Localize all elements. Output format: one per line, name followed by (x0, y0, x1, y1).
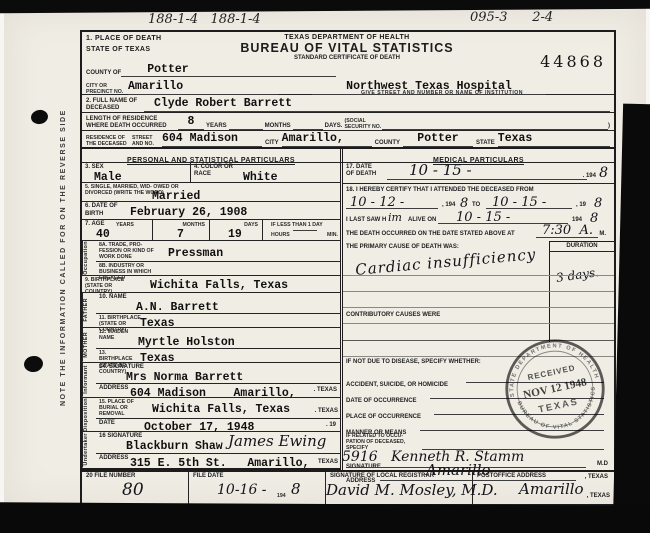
registrar-label: SIGNATURE OF LOCAL REGISTRAR (330, 473, 434, 480)
place-of-death-label: 1. PLACE OF DEATH (86, 35, 162, 42)
informant-address-row: ADDRESS 604 Madison Amarillo, . TEXAS (96, 384, 340, 397)
dob-value: February 26, 1908 (130, 206, 247, 219)
age-years-value: 40 (96, 228, 110, 241)
trade-row: 8A. TRADE, PRO- FESSION OR KIND OF WORK … (96, 241, 340, 262)
department-title: TEXAS DEPARTMENT OF HEALTH BUREAU OF VIT… (212, 34, 482, 62)
file-number-cell: 20 FILE NUMBER 80 (82, 472, 189, 504)
ruled-line (343, 291, 614, 292)
scan-edge-bottom (0, 502, 650, 533)
received-stamp: STATE DEPARTMENT OF HEALTH BUREAU OF VIT… (493, 326, 617, 451)
dod-label: 17. DATE OF DEATH (346, 164, 380, 178)
informant-signature-row: 14. SIGNATURE Mrs Norma Barrett (96, 363, 340, 384)
age-less-than-day-label: IF LESS THAN 1 DAY (271, 222, 323, 228)
burial-date-label: DATE (99, 420, 115, 427)
undertaker-address-row: ADDRESS 315 E. 5th St. Amarillo, TEXAS (96, 454, 340, 468)
certificate-number: 44868 (540, 52, 606, 71)
file-date-year-handwritten: 8 (291, 480, 301, 498)
undertaker-strip-label: Undertaker (82, 432, 96, 468)
certify-label: 18. I HEREBY CERTIFY THAT I ATTENDED THE… (346, 187, 534, 194)
res-county-value: Potter (417, 132, 458, 145)
attended-dates-line: 10 - 12 - , 194 8 TO 10 - 15 - , 19 8 (346, 197, 608, 211)
from-year-handwritten: 8 (460, 196, 468, 211)
res-city-value: Amarillo, (282, 132, 344, 145)
date-of-birth-row: 6. DATE OF BIRTH February 26, 1908 (82, 202, 340, 220)
file-date-label: FILE DATE (193, 473, 224, 480)
lastsaw-handwritten-word: im (388, 211, 402, 224)
burial-date-row: DATE October 17, 1948 . 19 (96, 419, 340, 432)
primary-cause-label: THE PRIMARY CAUSE OF DEATH WAS: (346, 244, 459, 251)
birthplace-row: 9. BIRTHPLACE (STATE OR COUNTRY) Wichita… (82, 276, 340, 293)
race-label: 4. COLOR OR RACE (194, 164, 234, 178)
age-hours-label: HOURS (271, 232, 290, 238)
mother-birthplace-row: 13. BIRTHPLACE (STATE OR COUNTRY) Texas (96, 349, 340, 362)
contributory-line: CONTRIBUTORY CAUSES WERE (346, 303, 542, 321)
mother-name-row: 12. MAIDEN NAME Myrtle Holston (96, 328, 340, 349)
marital-row: 5. SINGLE, MARRIED, WID- OWED OR DIVORCE… (82, 183, 340, 203)
date-of-death-row: 17. DATE OF DEATH 10 - 15 - . 194 8 (343, 163, 614, 184)
burial-row: 15. PLACE OF BURIAL OR REMOVAL Wichita F… (96, 398, 340, 419)
street-value: 604 Madison (162, 132, 238, 145)
file-date-year-typed: 194 (277, 493, 286, 499)
personal-column: 3. SEX Male 4. COLOR OR RACE White 5. SI… (82, 163, 343, 470)
age-months-value: 7 (177, 228, 184, 241)
to-year-handwritten: 8 (594, 196, 602, 211)
undertaker-sig-handwritten: James Ewing (228, 432, 326, 450)
ruled-line (343, 323, 614, 324)
full-name-value: Clyde Robert Barrett (144, 97, 292, 110)
street-no-label: STREET AND NO. (132, 135, 162, 147)
footer-band: 20 FILE NUMBER 80 FILE DATE 10-16 - 194 … (82, 470, 614, 504)
father-name-label: 10. NAME (99, 294, 127, 301)
physician-addr-handwritten: Amarillo (426, 461, 491, 479)
age-months-label: MONTHS (183, 222, 205, 228)
to-year-typed: , 19 (576, 202, 586, 209)
mother-strip-label: MOTHER (82, 328, 96, 362)
file-number-handwritten: 80 (122, 480, 144, 500)
age-years-label: YEARS (116, 222, 134, 228)
occupation-group: Occupation 8A. TRADE, PRO- FESSION OR KI… (82, 241, 340, 276)
informant-addr-label: ADDRESS (99, 385, 128, 392)
dob-label: 6. DATE OF BIRTH (85, 203, 119, 217)
father-group: FATHER 10. NAME A.N. Barrett 11. BIRTHPL… (82, 293, 340, 329)
header-band: 1. PLACE OF DEATH STATE OF TEXAS TEXAS D… (82, 32, 614, 95)
undertaker-addr-label: ADDRESS (99, 455, 128, 462)
father-name-value: A.N. Barrett (136, 301, 219, 314)
section-header-band: PERSONAL AND STATISTICAL PARTICULARS MED… (82, 149, 614, 163)
residence-years-value: 8 (188, 115, 195, 128)
age-days-label: DAYS (244, 222, 258, 228)
age-min-label: MIN. (327, 232, 338, 238)
dod-value-handwritten: 10 - 15 - (409, 161, 472, 179)
city-value: Amarillo (128, 80, 183, 93)
handwritten-index-left: 188-1-4 188-1-4 (148, 12, 261, 27)
place-occurrence-label: PLACE OF OCCURRENCE (346, 414, 421, 420)
res-county-label: COUNTY (372, 140, 403, 147)
scanned-death-certificate: 188-1-4 188-1-4 095-3 2-4 NOTE THE INFOR… (0, 0, 650, 533)
from-year-typed: , 194 (442, 202, 455, 209)
full-name-label: 2. FULL NAME OF DECEASED (86, 98, 144, 112)
death-occurred-line: THE DEATH OCCURRED ON THE DATE STATED AB… (346, 227, 608, 240)
occurred-label: THE DEATH OCCURRED ON THE DATE STATED AB… (346, 231, 515, 238)
undertaker-signature-row: 16 SIGNATURE Blackburn Shaw James Ewing (96, 432, 340, 454)
burial-label: 15. PLACE OF BURIAL OR REMOVAL (99, 399, 135, 418)
residence-label: RESIDENCE OF THE DECEASED (86, 135, 132, 147)
father-name-row: 10. NAME A.N. Barrett (96, 293, 340, 314)
father-strip-label: FATHER (82, 293, 96, 328)
industry-row: 8B. INDUSTRY OR BUSINESS IN WHICH ENGAGE… (96, 262, 340, 275)
mother-name-label: 12. MAIDEN NAME (99, 329, 133, 341)
lastsaw-mid-label: ALIVE ON (408, 217, 436, 224)
file-date-handwritten: 10-16 - (217, 482, 267, 498)
date-occurrence-label: DATE OF OCCURRENCE (346, 398, 417, 404)
postoffice-state: , TEXAS (587, 493, 610, 500)
file-date-cell: FILE DATE 10-16 - 194 8 (189, 472, 326, 504)
dod-year-typed: . 194 (583, 173, 596, 180)
county-line: COUNTY OF Potter (86, 63, 336, 77)
undertaker-group: Undertaker 16 SIGNATURE Blackburn Shaw J… (82, 432, 340, 470)
trade-label: 8A. TRADE, PRO- FESSION OR KIND OF WORK … (99, 242, 157, 261)
to-label: TO (472, 202, 480, 209)
dod-year-handwritten: 8 (599, 165, 608, 181)
dept-line2: BUREAU OF VITAL STATISTICS (212, 41, 482, 55)
if-not-disease-label: IF NOT DUE TO DISEASE, SPECIFY WHETHER: (346, 359, 481, 366)
informant-sig-value: Mrs Norma Barrett (126, 371, 243, 384)
age-row: 7. AGE YEARS 40 MONTHS 7 DAYS 19 IF LESS… (82, 220, 340, 241)
full-name-row: 2. FULL NAME OF DECEASED Clyde Robert Ba… (82, 95, 614, 113)
burial-date-suffix: . 19 (326, 422, 336, 429)
occurred-time-handwritten: 7:30 A. (542, 223, 593, 238)
informant-strip-label: Informant (82, 363, 96, 397)
undertaker-sig-typed: Blackburn Shaw (126, 440, 223, 453)
city-precinct-label: CITY OR PRECINCT NO. (86, 83, 128, 95)
mother-name-value: Myrtle Holston (138, 336, 235, 349)
contributory-label: CONTRIBUTORY CAUSES WERE (346, 312, 440, 318)
disposition-strip-label: Disposition (82, 398, 96, 432)
residence-row: RESIDENCE OF THE DECEASED STREET AND NO.… (82, 131, 614, 149)
handwritten-index-right: 095-3 2-4 (470, 10, 553, 25)
burial-state: . TEXAS (315, 408, 338, 415)
res-state-label: STATE (473, 140, 498, 147)
undertaker-addr-state: TEXAS (318, 459, 338, 466)
father-birthplace-row: 11. BIRTHPLACE (STATE OR COUNTRY) Texas (96, 314, 340, 328)
dept-line1: TEXAS DEPARTMENT OF HEALTH (212, 34, 482, 41)
undertaker-addr-value: 315 E. 5th St. Amarillo, (130, 457, 309, 470)
sex-race-row: 3. SEX Male 4. COLOR OR RACE White (82, 163, 340, 183)
trade-value: Pressman (168, 247, 223, 260)
age-days-value: 19 (228, 228, 242, 241)
occupation-strip-label: Occupation (82, 241, 96, 275)
informant-addr-state: . TEXAS (314, 387, 337, 394)
res-city-label: CITY (262, 140, 282, 147)
stamp-state-text: TEXAS (537, 396, 579, 415)
registrar-handwritten: David M. Mosley, M.D. (326, 481, 498, 499)
lastsaw-pre-label: I LAST SAW H (346, 217, 386, 224)
res-state-value: Texas (498, 132, 533, 145)
postoffice-handwritten: Amarillo (519, 480, 584, 498)
burial-value: Wichita Falls, Texas (152, 403, 290, 416)
mother-group: MOTHER 12. MAIDEN NAME Myrtle Holston 13… (82, 328, 340, 363)
state-of-texas-label: STATE OF TEXAS (86, 46, 150, 53)
dept-line3: STANDARD CERTIFICATE OF DEATH (212, 55, 482, 62)
informant-group: Informant 14. SIGNATURE Mrs Norma Barret… (82, 363, 340, 398)
duration-label: DURATION (550, 242, 614, 252)
birthplace-value: Wichita Falls, Texas (150, 279, 288, 292)
accident-label: ACCIDENT, SUICIDE, OR HOMICIDE (346, 382, 448, 388)
margin-note: NOTE THE INFORMATION CALLED FOR ON THE R… (60, 88, 67, 428)
marital-value: Married (152, 190, 200, 203)
md-label: M.D (597, 461, 608, 468)
occurred-suffix: M. (599, 231, 606, 238)
county-value: Potter (147, 63, 188, 76)
disposition-group: Disposition 15. PLACE OF BURIAL OR REMOV… (82, 398, 340, 433)
